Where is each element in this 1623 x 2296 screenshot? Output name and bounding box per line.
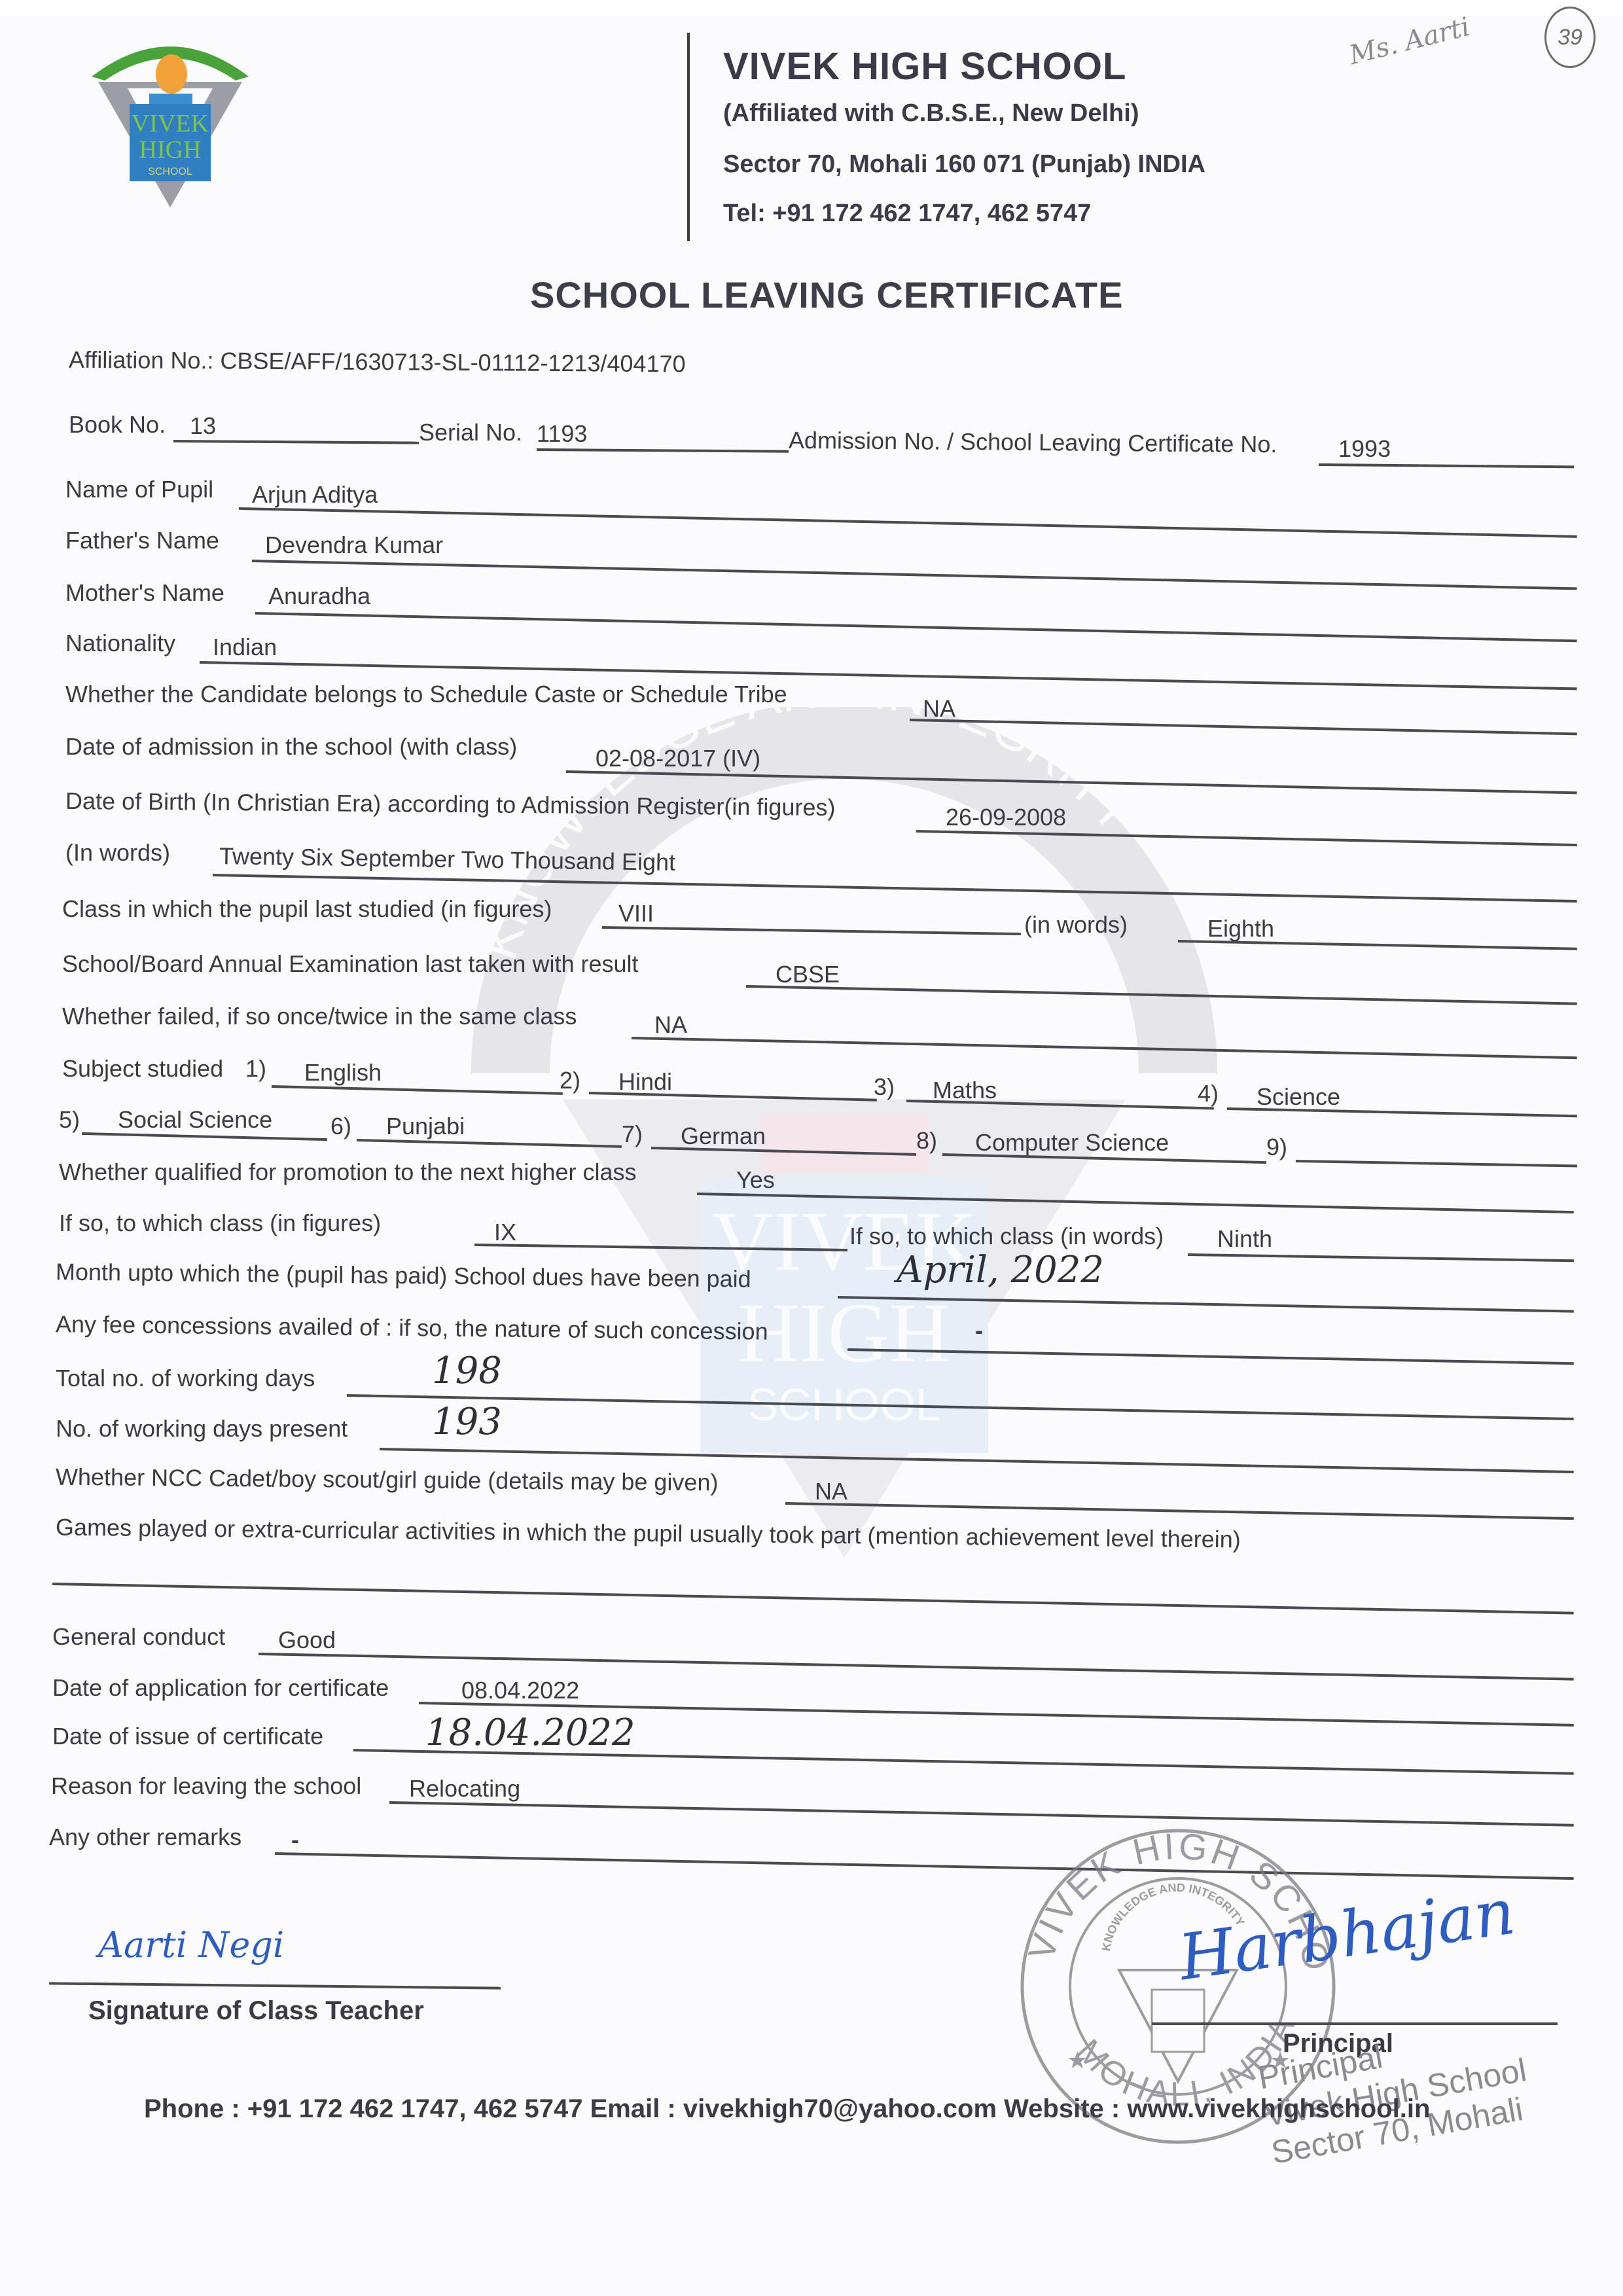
- remarks-label: Any other remarks: [49, 1823, 241, 1851]
- last-class-figures-label: Class in which the pupil last studied (i…: [62, 895, 552, 923]
- last-class-figures-line: [602, 926, 1021, 935]
- last-exam-value: CBSE: [776, 961, 840, 988]
- issue-date-value: 18.04.2022: [425, 1712, 635, 1754]
- promo-class-figures-line: [474, 1244, 847, 1251]
- telephone-line: Tel: +91 172 462 1747, 462 5747: [723, 200, 1091, 228]
- admission-no-label: Admission No. / School Leaving Certifica…: [789, 427, 1277, 459]
- promo-class-words-label: If so, to which class (in words): [849, 1223, 1164, 1250]
- failed-value: NA: [654, 1011, 687, 1039]
- class-teacher-signature-line: [49, 1982, 501, 1989]
- subject-3-number: 3): [874, 1073, 895, 1101]
- fee-concession-line: [847, 1348, 1574, 1365]
- ncc-line: [785, 1502, 1574, 1520]
- school-logo: VIVEK HIGH SCHOOL: [79, 36, 262, 213]
- conduct-value: Good: [278, 1626, 336, 1654]
- book-no-value: 13: [190, 412, 216, 440]
- subject-6-line: [357, 1139, 622, 1148]
- failed-label: Whether failed, if so once/twice in the …: [62, 1003, 577, 1030]
- admission-date-label: Date of admission in the school (with cl…: [65, 733, 517, 761]
- father-name-line: [252, 560, 1577, 590]
- application-date-label: Date of application for certificate: [52, 1674, 389, 1702]
- subject-4-line: [1227, 1107, 1577, 1117]
- subject-1-line: [272, 1085, 563, 1095]
- affiliation-number: Affiliation No.: CBSE/AFF/1630713-SL-011…: [69, 346, 686, 378]
- subject-9-line: [1296, 1160, 1577, 1168]
- admission-date-line: [566, 770, 1577, 794]
- working-days-line: [347, 1394, 1574, 1420]
- book-no-label: Book No.: [69, 411, 166, 439]
- affiliation-line: (Affiliated with C.B.S.E., New Delhi): [723, 99, 1139, 128]
- dob-words-value: Twenty Six September Two Thousand Eight: [219, 842, 676, 876]
- mother-name-label: Mother's Name: [65, 579, 224, 607]
- conduct-label: General conduct: [52, 1623, 225, 1651]
- promo-class-words-line: [1188, 1253, 1574, 1262]
- father-name-label: Father's Name: [65, 527, 219, 554]
- dob-figures-label: Date of Birth (In Christian Era) accordi…: [65, 787, 836, 821]
- serial-no-label: Serial No.: [419, 419, 522, 446]
- issue-date-label: Date of issue of certificate: [52, 1723, 323, 1750]
- promo-class-figures-label: If so, to which class (in figures): [59, 1210, 381, 1237]
- svg-text:★: ★: [1067, 2047, 1088, 2073]
- subject-5-value: Social Science: [118, 1106, 272, 1134]
- dues-paid-value: April, 2022: [897, 1249, 1104, 1291]
- pupil-name-label: Name of Pupil: [65, 476, 213, 503]
- logo-text-vivek: VIVEK: [132, 110, 209, 137]
- promotion-label: Whether qualified for promotion to the n…: [59, 1158, 636, 1186]
- address-line: Sector 70, Mohali 160 071 (Punjab) INDIA: [723, 151, 1205, 179]
- working-days-label: Total no. of working days: [56, 1365, 315, 1392]
- days-present-label: No. of working days present: [56, 1415, 348, 1443]
- sc-st-label: Whether the Candidate belongs to Schedul…: [65, 681, 787, 708]
- father-name-value: Devendra Kumar: [265, 531, 443, 559]
- sc-st-line: [910, 719, 1577, 735]
- svg-text:HIGH: HIGH: [738, 1286, 951, 1380]
- ncc-label: Whether NCC Cadet/boy scout/girl guide (…: [56, 1463, 719, 1497]
- subject-7-number: 7): [622, 1121, 643, 1148]
- subject-2-number: 2): [560, 1067, 580, 1094]
- last-exam-line: [746, 985, 1577, 1005]
- fee-concession-label: Any fee concessions availed of : if so, …: [56, 1310, 768, 1345]
- subject-3-line: [906, 1100, 1214, 1109]
- days-present-value: 193: [432, 1401, 502, 1443]
- promo-class-words-value: Ninth: [1217, 1225, 1272, 1253]
- subject-1-number: 1): [245, 1055, 266, 1083]
- book-no-line: [173, 440, 419, 444]
- subject-1-value: English: [304, 1059, 382, 1086]
- conduct-line: [259, 1653, 1574, 1681]
- remarks-line: [275, 1852, 1574, 1880]
- failed-line: [632, 1037, 1577, 1059]
- last-class-words-line: [1178, 940, 1577, 950]
- subject-2-line: [589, 1092, 877, 1102]
- logo-text-high: HIGH: [139, 136, 202, 164]
- mother-name-value: Anuradha: [268, 583, 370, 610]
- footer-contact: Phone : +91 172 462 1747, 462 5747 Email…: [144, 2094, 1430, 2124]
- scan-edge: [0, 0, 1623, 16]
- serial-no-line: [537, 448, 789, 453]
- application-date-value: 08.04.2022: [461, 1677, 579, 1704]
- header-divider: [687, 33, 690, 241]
- last-exam-label: School/Board Annual Examination last tak…: [62, 950, 639, 978]
- promo-class-figures-value: IX: [494, 1219, 516, 1246]
- subject-6-value: Punjabi: [386, 1113, 465, 1140]
- subjects-label: Subject studied: [62, 1055, 223, 1083]
- nationality-label: Nationality: [65, 630, 175, 657]
- admission-date-value: 02-08-2017 (IV): [596, 745, 760, 772]
- serial-no-value: 1193: [537, 420, 587, 448]
- handwritten-note: Ms. Aarti: [1346, 12, 1472, 71]
- subject-7-line: [651, 1147, 916, 1156]
- school-name: VIVEK HIGH SCHOOL: [723, 45, 1126, 88]
- subject-2-value: Hindi: [618, 1068, 672, 1096]
- reason-line: [389, 1801, 1574, 1827]
- games-label: Games played or extra-curricular activit…: [56, 1514, 1241, 1554]
- class-teacher-label: Signature of Class Teacher: [88, 1996, 424, 2026]
- promotion-value: Yes: [736, 1166, 775, 1194]
- reason-value: Relocating: [409, 1775, 520, 1803]
- reason-label: Reason for leaving the school: [51, 1772, 361, 1800]
- fee-concession-value: -: [975, 1317, 983, 1344]
- promotion-line: [697, 1193, 1574, 1213]
- dob-figures-line: [916, 830, 1577, 846]
- page-number-badge: 39: [1544, 7, 1596, 68]
- pupil-name-value: Arjun Aditya: [252, 481, 378, 509]
- dob-words-label: (In words): [65, 839, 170, 867]
- games-line: [52, 1583, 1574, 1615]
- last-class-words-label: (in words): [1024, 911, 1128, 939]
- last-class-words-value: Eighth: [1207, 915, 1274, 942]
- mother-name-line: [255, 612, 1577, 642]
- dob-figures-value: 26-09-2008: [946, 804, 1066, 831]
- subject-5-number: 5): [59, 1106, 80, 1134]
- certificate-title: SCHOOL LEAVING CERTIFICATE: [530, 274, 1123, 316]
- dues-paid-line: [838, 1296, 1574, 1313]
- subject-4-number: 4): [1198, 1080, 1219, 1107]
- admission-no-value: 1993: [1338, 435, 1391, 463]
- subject-6-number: 6): [330, 1113, 351, 1140]
- subject-8-number: 8): [916, 1127, 937, 1155]
- class-teacher-signature: Aarti Negi: [98, 1924, 284, 1965]
- dues-paid-label: Month upto which the (pupil has paid) Sc…: [56, 1258, 751, 1293]
- subject-7-value: German: [681, 1122, 766, 1150]
- admission-no-line: [1319, 463, 1574, 468]
- working-days-value: 198: [432, 1350, 502, 1392]
- logo-text-school: SCHOOL: [148, 166, 192, 177]
- subject-4-value: Science: [1257, 1083, 1340, 1111]
- issue-date-line: [353, 1749, 1574, 1775]
- subject-9-number: 9): [1266, 1134, 1287, 1161]
- remarks-value: -: [291, 1826, 299, 1854]
- ncc-value: NA: [815, 1478, 847, 1505]
- nationality-value: Indian: [213, 634, 277, 661]
- last-class-figures-value: VIII: [618, 900, 654, 927]
- certificate-page: VIVEK HIGH SCHOOL VIVEK HIGH SCHOOL (Aff…: [0, 0, 1623, 2296]
- subject-8-value: Computer Science: [975, 1129, 1169, 1157]
